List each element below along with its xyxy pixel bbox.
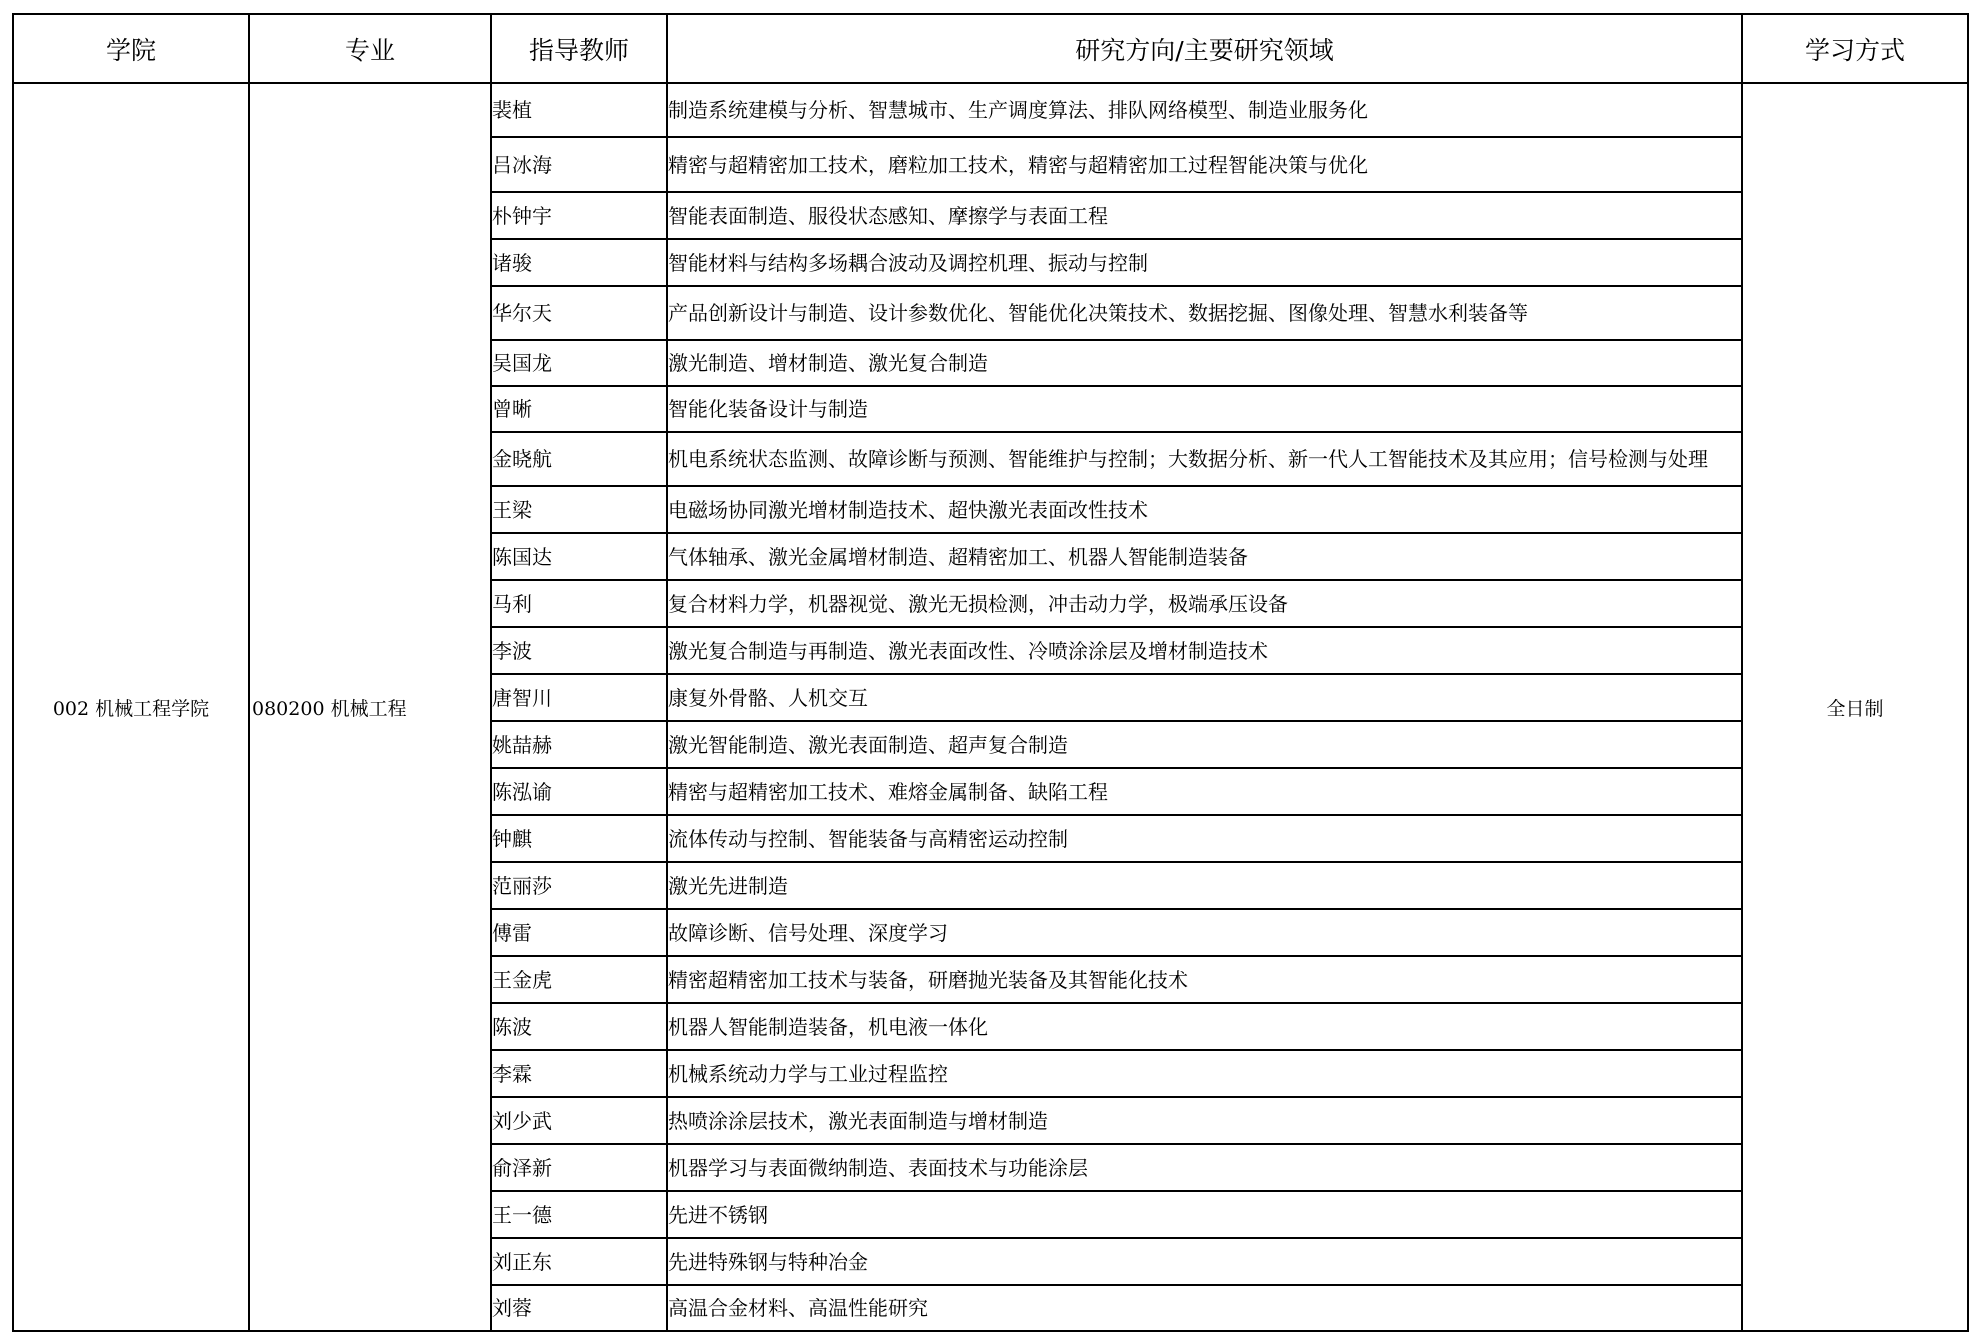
research-area: 精密与超精密加工技术，磨粒加工技术，精密与超精密加工过程智能决策与优化 [667, 137, 1742, 192]
advisor-name: 刘蓉 [491, 1285, 667, 1331]
research-area: 智能表面制造、服役状态感知、摩擦学与表面工程 [667, 192, 1742, 239]
research-area: 电磁场协同激光增材制造技术、超快激光表面改性技术 [667, 486, 1742, 533]
advisor-table: 学院 专业 指导教师 研究方向/主要研究领域 学习方式 002 机械工程学院08… [12, 13, 1969, 1332]
major-cell: 080200 机械工程 [249, 83, 491, 1331]
advisor-name: 华尔天 [491, 286, 667, 340]
research-area: 产品创新设计与制造、设计参数优化、智能优化决策技术、数据挖掘、图像处理、智慧水利… [667, 286, 1742, 340]
research-area: 故障诊断、信号处理、深度学习 [667, 909, 1742, 956]
research-area: 机械系统动力学与工业过程监控 [667, 1050, 1742, 1097]
research-area: 高温合金材料、高温性能研究 [667, 1285, 1742, 1331]
research-area: 机器学习与表面微纳制造、表面技术与功能涂层 [667, 1144, 1742, 1191]
research-area: 精密超精密加工技术与装备，研磨抛光装备及其智能化技术 [667, 956, 1742, 1003]
research-area: 气体轴承、激光金属增材制造、超精密加工、机器人智能制造装备 [667, 533, 1742, 580]
header-college: 学院 [13, 14, 249, 83]
advisor-name: 陈国达 [491, 533, 667, 580]
advisor-name: 钟麒 [491, 815, 667, 862]
research-area: 复合材料力学，机器视觉、激光无损检测，冲击动力学，极端承压设备 [667, 580, 1742, 627]
research-area: 制造系统建模与分析、智慧城市、生产调度算法、排队网络模型、制造业服务化 [667, 83, 1742, 137]
study-mode-cell: 全日制 [1742, 83, 1968, 1331]
advisor-name: 李霖 [491, 1050, 667, 1097]
header-study-mode: 学习方式 [1742, 14, 1968, 83]
advisor-name: 诸骏 [491, 239, 667, 286]
advisor-name: 王梁 [491, 486, 667, 533]
research-area: 智能材料与结构多场耦合波动及调控机理、振动与控制 [667, 239, 1742, 286]
table-body: 002 机械工程学院080200 机械工程裴植制造系统建模与分析、智慧城市、生产… [13, 83, 1968, 1331]
advisor-name: 曾晰 [491, 386, 667, 432]
research-area: 热喷涂涂层技术，激光表面制造与增材制造 [667, 1097, 1742, 1144]
advisor-name: 裴植 [491, 83, 667, 137]
advisor-name: 李波 [491, 627, 667, 674]
advisor-name: 金晓航 [491, 432, 667, 486]
advisor-name: 姚喆赫 [491, 721, 667, 768]
advisor-name: 刘正东 [491, 1238, 667, 1285]
advisor-name: 范丽莎 [491, 862, 667, 909]
advisor-name: 陈波 [491, 1003, 667, 1050]
research-area: 先进特殊钢与特种冶金 [667, 1238, 1742, 1285]
advisor-name: 陈泓谕 [491, 768, 667, 815]
advisor-name: 王一德 [491, 1191, 667, 1238]
advisor-name: 吕冰海 [491, 137, 667, 192]
research-area: 激光制造、增材制造、激光复合制造 [667, 340, 1742, 386]
research-area: 精密与超精密加工技术、难熔金属制备、缺陷工程 [667, 768, 1742, 815]
header-advisor: 指导教师 [491, 14, 667, 83]
research-area: 激光先进制造 [667, 862, 1742, 909]
college-cell: 002 机械工程学院 [13, 83, 249, 1331]
advisor-name: 王金虎 [491, 956, 667, 1003]
header-research: 研究方向/主要研究领域 [667, 14, 1742, 83]
advisor-name: 俞泽新 [491, 1144, 667, 1191]
research-area: 智能化装备设计与制造 [667, 386, 1742, 432]
research-area: 激光智能制造、激光表面制造、超声复合制造 [667, 721, 1742, 768]
advisor-name: 傅雷 [491, 909, 667, 956]
research-area: 机器人智能制造装备，机电液一体化 [667, 1003, 1742, 1050]
research-area: 先进不锈钢 [667, 1191, 1742, 1238]
research-area: 流体传动与控制、智能装备与高精密运动控制 [667, 815, 1742, 862]
research-area: 康复外骨骼、人机交互 [667, 674, 1742, 721]
advisor-name: 唐智川 [491, 674, 667, 721]
table-row: 002 机械工程学院080200 机械工程裴植制造系统建模与分析、智慧城市、生产… [13, 83, 1968, 137]
header-row: 学院 专业 指导教师 研究方向/主要研究领域 学习方式 [13, 14, 1968, 83]
advisor-name: 吴国龙 [491, 340, 667, 386]
advisor-name: 刘少武 [491, 1097, 667, 1144]
research-area: 机电系统状态监测、故障诊断与预测、智能维护与控制；大数据分析、新一代人工智能技术… [667, 432, 1742, 486]
advisor-name: 马利 [491, 580, 667, 627]
research-area: 激光复合制造与再制造、激光表面改性、冷喷涂涂层及增材制造技术 [667, 627, 1742, 674]
advisor-name: 朴钟宇 [491, 192, 667, 239]
header-major: 专业 [249, 14, 491, 83]
